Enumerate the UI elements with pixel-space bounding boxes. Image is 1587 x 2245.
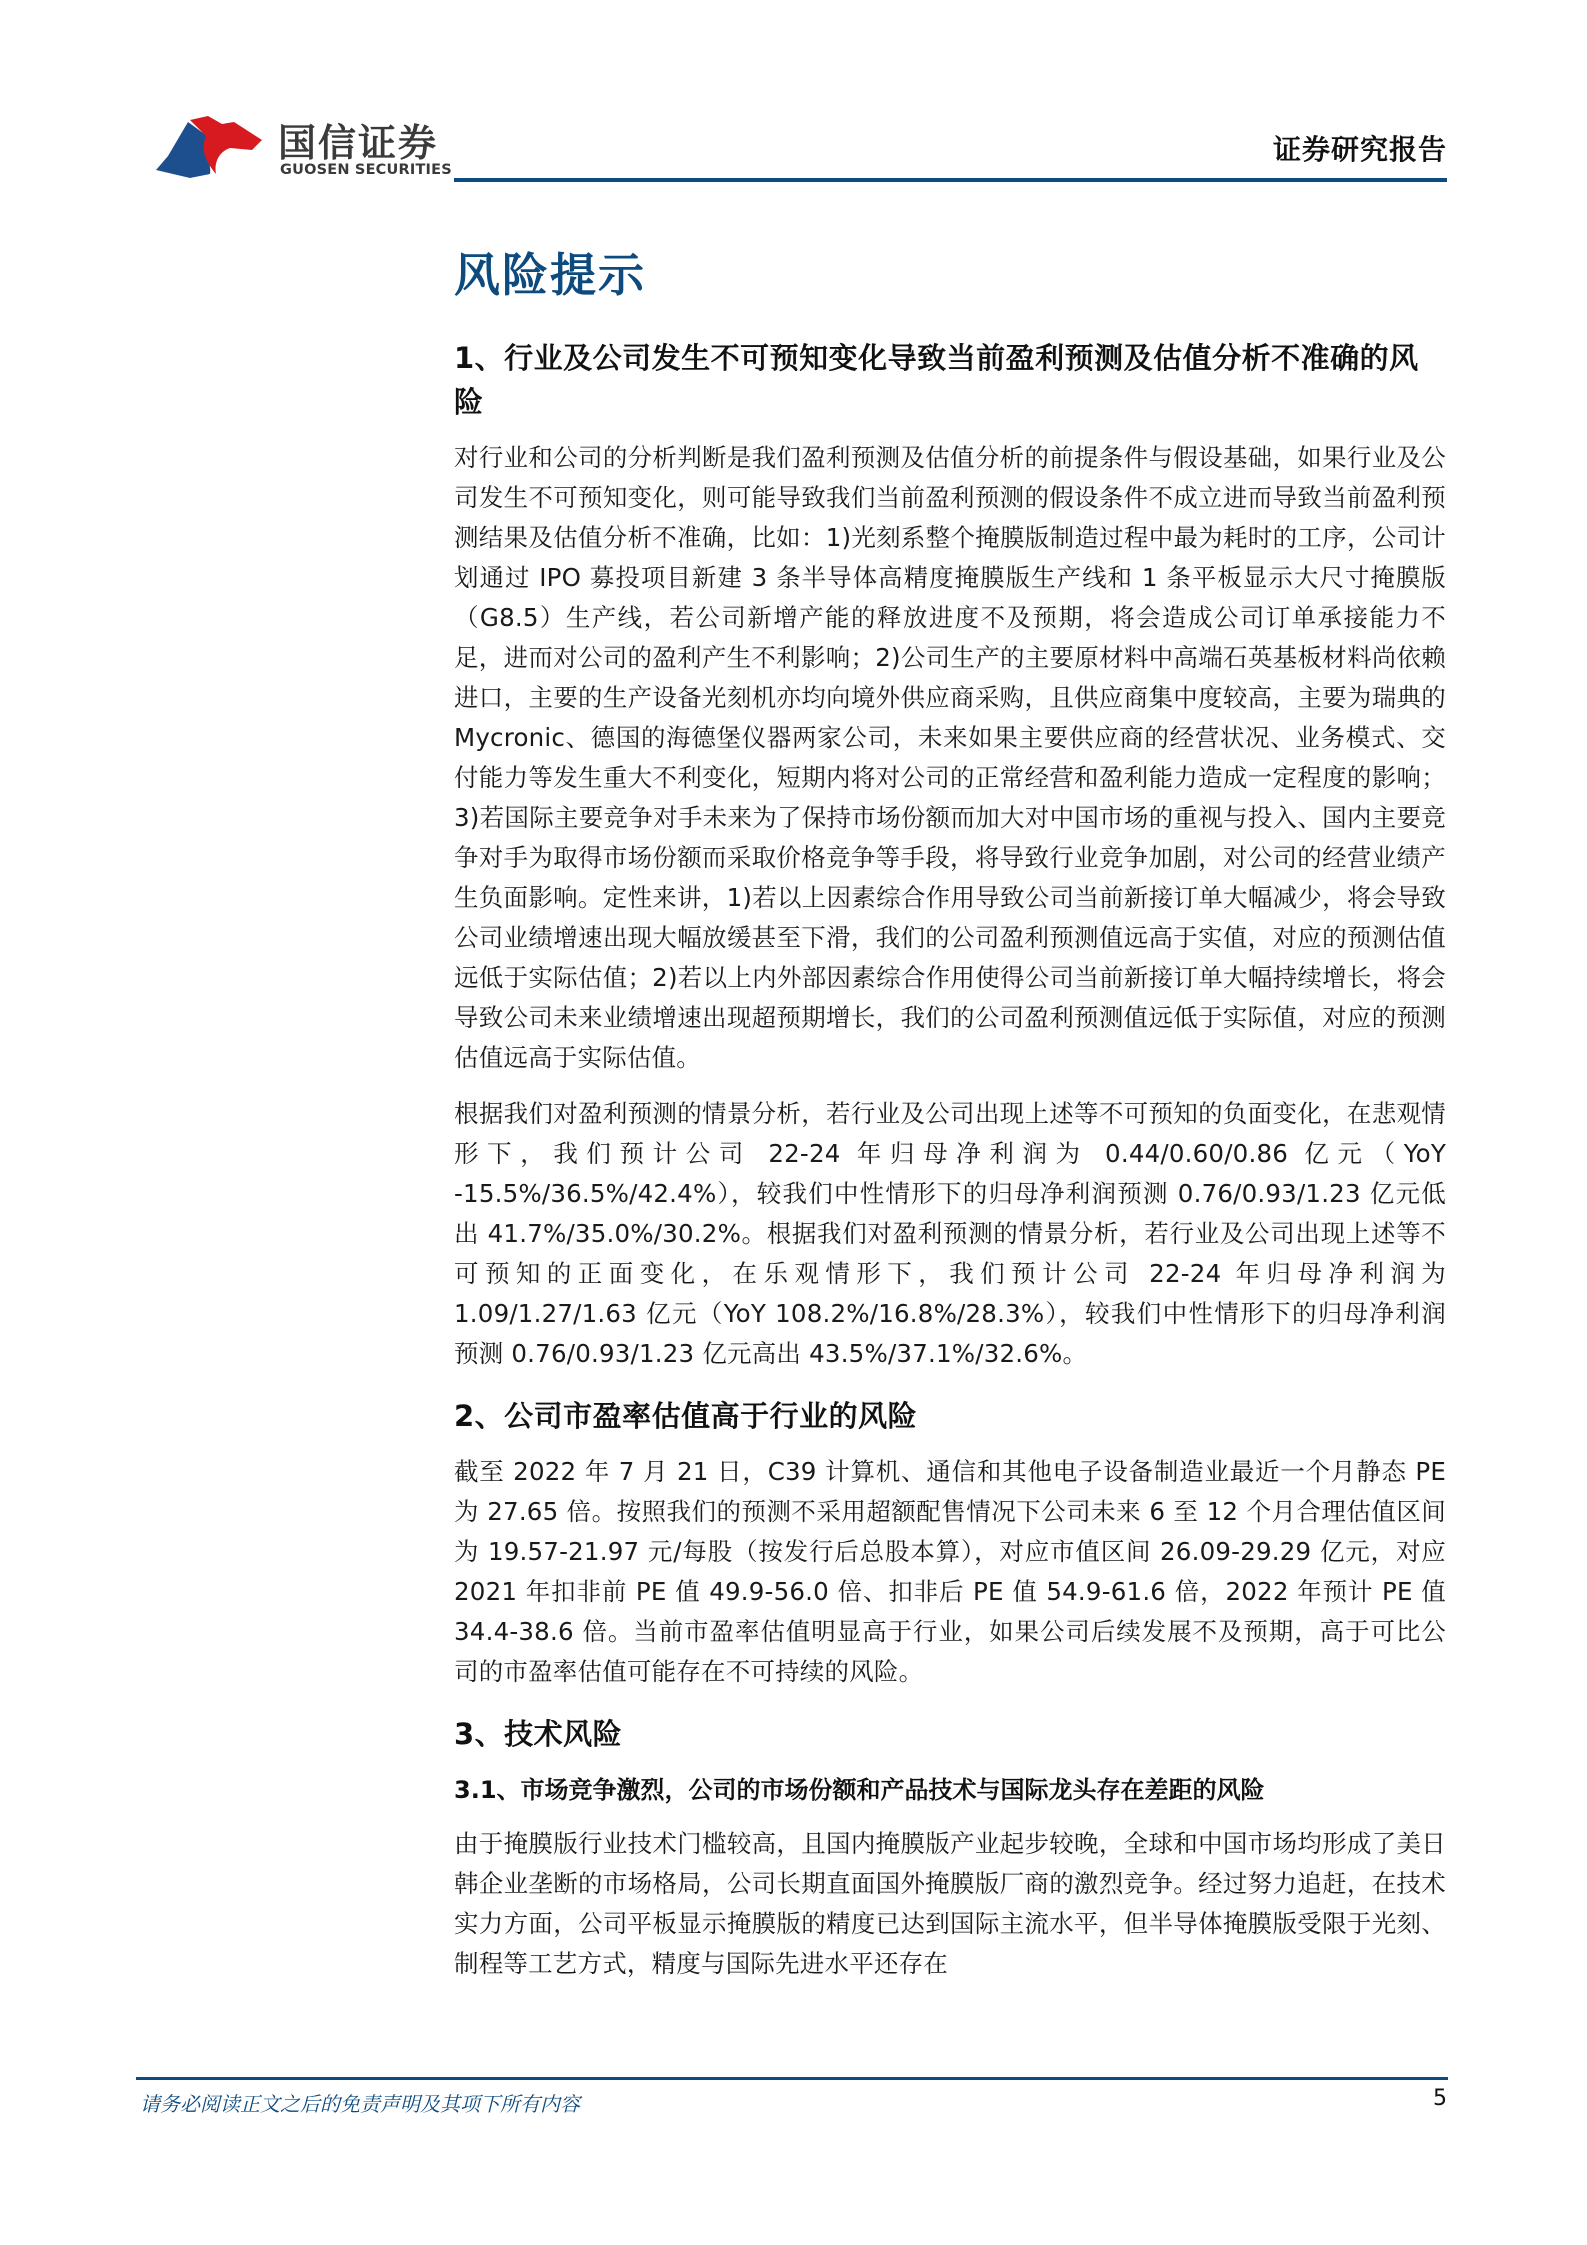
main-content: 风险提示 1、行业及公司发生不可预知变化导致当前盈利预测及估值分析不准确的风险 …: [454, 240, 1446, 1984]
page-number: 5: [1433, 2086, 1447, 2111]
section-1-heading: 1、行业及公司发生不可预知变化导致当前盈利预测及估值分析不准确的风险: [454, 336, 1446, 424]
section-1-paragraph-1: 对行业和公司的分析判断是我们盈利预测及估值分析的前提条件与假设基础，如果行业及公…: [454, 438, 1446, 1078]
header-divider: [454, 178, 1447, 182]
report-type: 证券研究报告: [1273, 128, 1447, 168]
section-1-paragraph-2: 根据我们对盈利预测的情景分析，若行业及公司出现上述等不可预知的负面变化，在悲观情…: [454, 1094, 1446, 1374]
section-3-1-heading: 3.1、市场竞争激烈，公司的市场份额和产品技术与国际龙头存在差距的风险: [454, 1770, 1446, 1810]
section-2-heading: 2、公司市盈率估值高于行业的风险: [454, 1394, 1446, 1438]
guosen-logo-icon: [150, 112, 275, 182]
section-2-paragraph-1: 截至 2022 年 7 月 21 日，C39 计算机、通信和其他电子设备制造业最…: [454, 1452, 1446, 1692]
section-3-1-paragraph-1: 由于掩膜版行业技术门槛较高，且国内掩膜版产业起步较晚，全球和中国市场均形成了美日…: [454, 1824, 1446, 1984]
guosen-logo: 国信证券 GUOSEN SECURITIES: [150, 112, 450, 182]
logo-english-name: GUOSEN SECURITIES: [280, 162, 452, 178]
section-3-heading: 3、技术风险: [454, 1712, 1446, 1756]
footer-disclaimer: 请务必阅读正文之后的免责声明及其项下所有内容: [140, 2088, 580, 2117]
logo-chinese-name: 国信证券: [278, 112, 438, 167]
page-title: 风险提示: [454, 240, 1446, 310]
footer-divider: [136, 2077, 1448, 2080]
